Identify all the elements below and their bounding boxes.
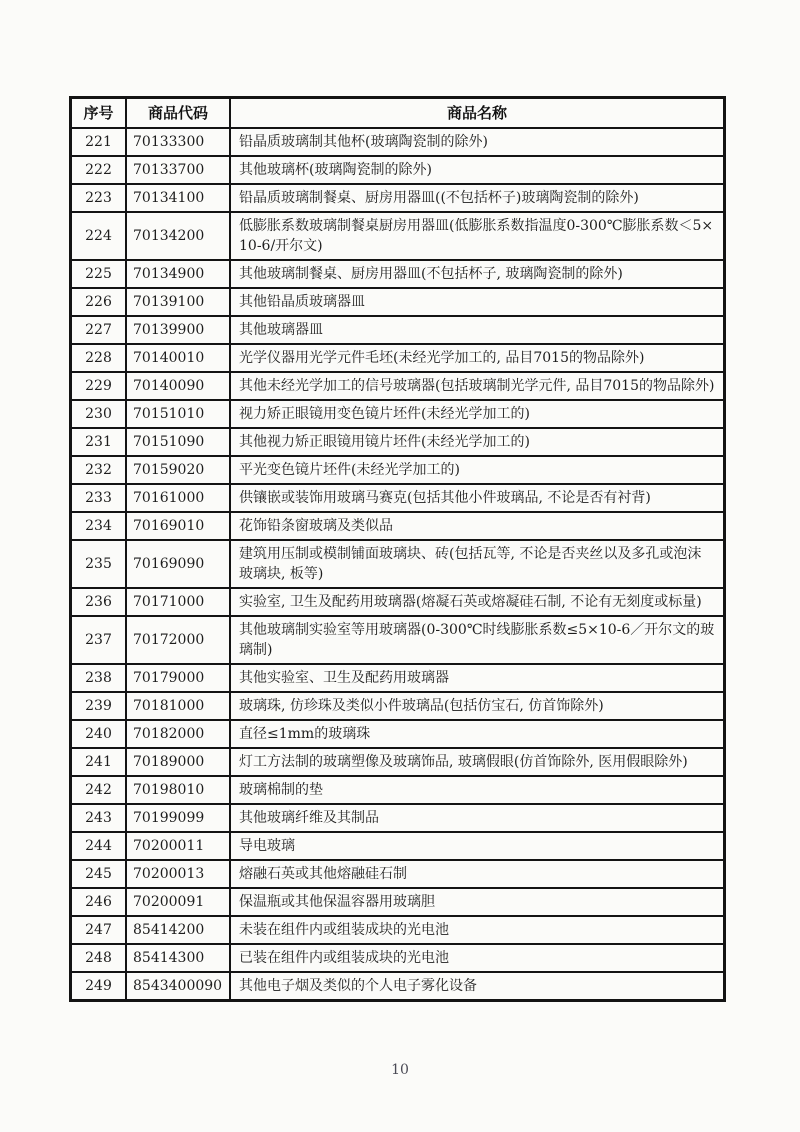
row-commodity-name: 铅晶质玻璃制其他杯(玻璃陶瓷制的除外) [230,128,725,156]
row-commodity-code: 70169090 [126,540,230,588]
row-seq-number: 224 [71,212,127,260]
row-commodity-name: 其他铅晶质玻璃器皿 [230,288,725,316]
row-seq-number: 231 [71,428,127,456]
row-commodity-code: 70200011 [126,832,230,860]
document-page: 序号 商品代码 商品名称 22170133300铅晶质玻璃制其他杯(玻璃陶瓷制的… [0,0,800,1132]
row-commodity-name: 其他玻璃器皿 [230,316,725,344]
table-row: 24370199099其他玻璃纤维及其制品 [71,804,725,832]
row-commodity-name: 实验室, 卫生及配药用玻璃器(熔凝石英或熔凝硅石制, 不论有无刻度或标量) [230,588,725,616]
row-seq-number: 236 [71,588,127,616]
column-header-seq: 序号 [71,98,127,129]
table-row: 23570169090建筑用压制或模制铺面玻璃块、砖(包括瓦等, 不论是否夹丝以… [71,540,725,588]
row-commodity-name: 视力矫正眼镜用变色镜片坯件(未经光学加工的) [230,400,725,428]
table-body: 22170133300铅晶质玻璃制其他杯(玻璃陶瓷制的除外)2227013370… [71,128,725,1001]
row-commodity-code: 85414200 [126,916,230,944]
row-seq-number: 244 [71,832,127,860]
row-seq-number: 247 [71,916,127,944]
row-commodity-code: 70179000 [126,664,230,692]
row-seq-number: 234 [71,512,127,540]
row-commodity-code: 8543400090 [126,972,230,1001]
column-header-name: 商品名称 [230,98,725,129]
table-row: 23370161000供镶嵌或装饰用玻璃马赛克(包括其他小件玻璃品, 不论是否有… [71,484,725,512]
row-seq-number: 248 [71,944,127,972]
goods-table: 序号 商品代码 商品名称 22170133300铅晶质玻璃制其他杯(玻璃陶瓷制的… [69,96,726,1002]
row-commodity-name: 平光变色镜片坯件(未经光学加工的) [230,456,725,484]
row-commodity-name: 已装在组件内或组装成块的光电池 [230,944,725,972]
table-row: 2498543400090其他电子烟及类似的个人电子雾化设备 [71,972,725,1001]
row-seq-number: 245 [71,860,127,888]
row-commodity-name: 其他视力矫正眼镜用镜片坯件(未经光学加工的) [230,428,725,456]
row-commodity-code: 70133300 [126,128,230,156]
table-row: 22870140010光学仪器用光学元件毛坯(未经光学加工的, 品目7015的物… [71,344,725,372]
row-commodity-code: 70172000 [126,616,230,664]
table-row: 24785414200未装在组件内或组装成块的光电池 [71,916,725,944]
table-row: 23470169010花饰铅条窗玻璃及类似品 [71,512,725,540]
row-commodity-code: 70200013 [126,860,230,888]
row-commodity-code: 85414300 [126,944,230,972]
table-row: 24885414300已装在组件内或组装成块的光电池 [71,944,725,972]
row-seq-number: 237 [71,616,127,664]
row-seq-number: 229 [71,372,127,400]
table-row: 24670200091保温瓶或其他保温容器用玻璃胆 [71,888,725,916]
row-commodity-name: 其他未经光学加工的信号玻璃器(包括玻璃制光学元件, 品目7015的物品除外) [230,372,725,400]
row-commodity-name: 其他玻璃纤维及其制品 [230,804,725,832]
row-commodity-name: 铅晶质玻璃制餐桌、厨房用器皿((不包括杯子)玻璃陶瓷制的除外) [230,184,725,212]
row-commodity-name: 保温瓶或其他保温容器用玻璃胆 [230,888,725,916]
table-row: 24170189000灯工方法制的玻璃塑像及玻璃饰品, 玻璃假眼(仿首饰除外, … [71,748,725,776]
column-header-code: 商品代码 [126,98,230,129]
row-commodity-name: 供镶嵌或装饰用玻璃马赛克(包括其他小件玻璃品, 不论是否有衬背) [230,484,725,512]
row-seq-number: 225 [71,260,127,288]
row-commodity-code: 70151010 [126,400,230,428]
row-commodity-code: 70171000 [126,588,230,616]
row-commodity-name: 灯工方法制的玻璃塑像及玻璃饰品, 玻璃假眼(仿首饰除外, 医用假眼除外) [230,748,725,776]
table-row: 24270198010玻璃棉制的垫 [71,776,725,804]
row-commodity-name: 建筑用压制或模制铺面玻璃块、砖(包括瓦等, 不论是否夹丝以及多孔或泡沫玻璃块, … [230,540,725,588]
row-commodity-code: 70134200 [126,212,230,260]
row-seq-number: 239 [71,692,127,720]
row-commodity-code: 70198010 [126,776,230,804]
table-row: 22970140090其他未经光学加工的信号玻璃器(包括玻璃制光学元件, 品目7… [71,372,725,400]
row-seq-number: 226 [71,288,127,316]
row-seq-number: 223 [71,184,127,212]
table-row: 24470200011导电玻璃 [71,832,725,860]
row-commodity-code: 70140010 [126,344,230,372]
table-row: 22470134200低膨胀系数玻璃制餐桌厨房用器皿(低膨胀系数指温度0-300… [71,212,725,260]
row-seq-number: 246 [71,888,127,916]
row-commodity-code: 70200091 [126,888,230,916]
row-commodity-name: 其他玻璃制餐桌、厨房用器皿(不包括杯子, 玻璃陶瓷制的除外) [230,260,725,288]
table-row: 24570200013熔融石英或其他熔融硅石制 [71,860,725,888]
row-seq-number: 221 [71,128,127,156]
row-seq-number: 233 [71,484,127,512]
table-row: 23970181000玻璃珠, 仿珍珠及类似小件玻璃品(包括仿宝石, 仿首饰除外… [71,692,725,720]
row-commodity-code: 70151090 [126,428,230,456]
table-row: 24070182000直径≤1mm的玻璃珠 [71,720,725,748]
row-commodity-name: 其他玻璃制实验室等用玻璃器(0-300℃时线膨胀系数≤5×10-6／开尔文的玻璃… [230,616,725,664]
table-header-row: 序号 商品代码 商品名称 [71,98,725,129]
row-commodity-name: 直径≤1mm的玻璃珠 [230,720,725,748]
row-commodity-code: 70199099 [126,804,230,832]
row-commodity-code: 70134100 [126,184,230,212]
table-row: 23870179000其他实验室、卫生及配药用玻璃器 [71,664,725,692]
row-commodity-code: 70161000 [126,484,230,512]
row-commodity-name: 玻璃珠, 仿珍珠及类似小件玻璃品(包括仿宝石, 仿首饰除外) [230,692,725,720]
row-seq-number: 227 [71,316,127,344]
row-seq-number: 240 [71,720,127,748]
row-seq-number: 242 [71,776,127,804]
row-commodity-name: 熔融石英或其他熔融硅石制 [230,860,725,888]
table-row: 22570134900其他玻璃制餐桌、厨房用器皿(不包括杯子, 玻璃陶瓷制的除外… [71,260,725,288]
table-row: 23070151010视力矫正眼镜用变色镜片坯件(未经光学加工的) [71,400,725,428]
table-row: 23270159020平光变色镜片坯件(未经光学加工的) [71,456,725,484]
row-seq-number: 249 [71,972,127,1001]
row-commodity-name: 其他实验室、卫生及配药用玻璃器 [230,664,725,692]
row-commodity-code: 70189000 [126,748,230,776]
row-seq-number: 230 [71,400,127,428]
row-seq-number: 232 [71,456,127,484]
table-row: 22170133300铅晶质玻璃制其他杯(玻璃陶瓷制的除外) [71,128,725,156]
page-number: 10 [0,1062,800,1078]
row-commodity-name: 其他玻璃杯(玻璃陶瓷制的除外) [230,156,725,184]
table-row: 22670139100其他铅晶质玻璃器皿 [71,288,725,316]
row-commodity-code: 70139900 [126,316,230,344]
row-commodity-code: 70159020 [126,456,230,484]
row-seq-number: 235 [71,540,127,588]
table-row: 23670171000实验室, 卫生及配药用玻璃器(熔凝石英或熔凝硅石制, 不论… [71,588,725,616]
row-commodity-code: 70181000 [126,692,230,720]
row-seq-number: 228 [71,344,127,372]
row-commodity-name: 未装在组件内或组装成块的光电池 [230,916,725,944]
table-row: 22370134100铅晶质玻璃制餐桌、厨房用器皿((不包括杯子)玻璃陶瓷制的除… [71,184,725,212]
table-row: 22770139900其他玻璃器皿 [71,316,725,344]
table-row: 23770172000其他玻璃制实验室等用玻璃器(0-300℃时线膨胀系数≤5×… [71,616,725,664]
row-commodity-name: 玻璃棉制的垫 [230,776,725,804]
row-commodity-code: 70182000 [126,720,230,748]
row-commodity-name: 其他电子烟及类似的个人电子雾化设备 [230,972,725,1001]
row-commodity-code: 70134900 [126,260,230,288]
row-seq-number: 243 [71,804,127,832]
row-commodity-name: 导电玻璃 [230,832,725,860]
row-seq-number: 238 [71,664,127,692]
row-commodity-code: 70139100 [126,288,230,316]
row-seq-number: 222 [71,156,127,184]
row-commodity-name: 光学仪器用光学元件毛坯(未经光学加工的, 品目7015的物品除外) [230,344,725,372]
row-commodity-code: 70140090 [126,372,230,400]
row-commodity-name: 低膨胀系数玻璃制餐桌厨房用器皿(低膨胀系数指温度0-300℃膨胀系数＜5×10-… [230,212,725,260]
row-commodity-name: 花饰铅条窗玻璃及类似品 [230,512,725,540]
row-seq-number: 241 [71,748,127,776]
table-row: 22270133700其他玻璃杯(玻璃陶瓷制的除外) [71,156,725,184]
row-commodity-code: 70133700 [126,156,230,184]
table-row: 23170151090其他视力矫正眼镜用镜片坯件(未经光学加工的) [71,428,725,456]
row-commodity-code: 70169010 [126,512,230,540]
